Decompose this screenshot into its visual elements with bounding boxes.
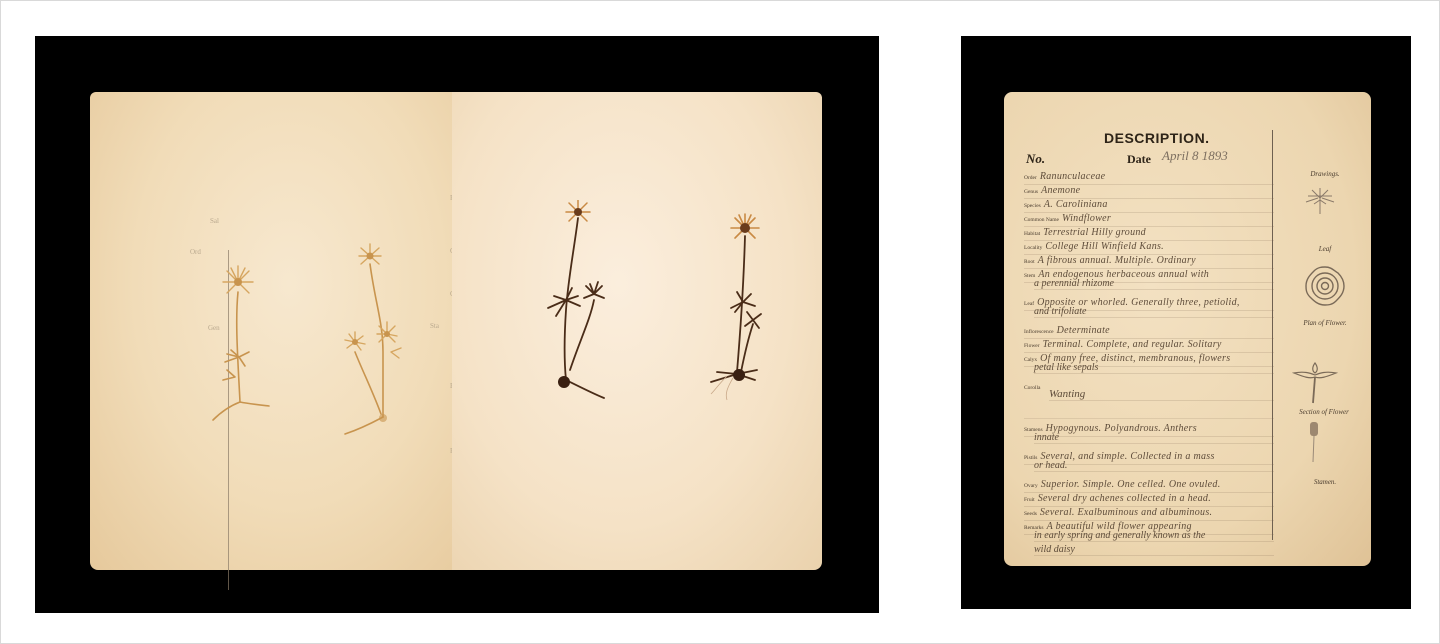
field-stamens-cont: innate <box>1034 432 1274 444</box>
date-label: Date <box>1127 152 1151 167</box>
plan-of-flower-label: Plan of Flower. <box>1282 319 1368 327</box>
flower-plan-icon <box>1292 357 1338 407</box>
faded-flower-specimen-icon <box>335 242 425 442</box>
field-corolla-value: Wanting <box>1049 388 1274 401</box>
sheet-title: DESCRIPTION. <box>1104 130 1210 146</box>
plant-sketch-icon <box>1300 184 1340 216</box>
section-of-flower-label: Section of Flower <box>1276 408 1372 416</box>
number-label: No. <box>1026 151 1045 167</box>
leaf-rosette-icon <box>1304 265 1346 307</box>
margin-note: Sta <box>430 322 439 330</box>
pressed-flower-specimen-icon <box>532 200 642 400</box>
book-right-page <box>452 92 822 570</box>
herbarium-book-photo: Sal Ord Gen Flor Calyx Cor Sta Pist Fru <box>35 36 879 613</box>
stamen-label: Stamen. <box>1290 478 1360 486</box>
margin-note: Sal <box>210 217 219 225</box>
description-sheet: DESCRIPTION. No. Date April 8 1893 Order… <box>1004 92 1371 566</box>
margin-note: Ord <box>190 248 201 256</box>
stamen-icon <box>1304 420 1324 464</box>
pressed-flower-specimen-icon <box>697 212 787 402</box>
book-left-page: Sal Ord Gen Flor Calyx Cor Sta Pist Fru <box>90 92 452 570</box>
field-pistils-cont: or head. <box>1034 460 1274 472</box>
faded-flower-specimen-icon <box>205 262 300 422</box>
date-value: April 8 1893 <box>1162 148 1228 164</box>
field-leaf-cont: and trifoliate <box>1034 306 1274 318</box>
field-remarks-cont2: wild daisy <box>1034 544 1274 556</box>
drawings-label: Drawings. <box>1290 170 1360 178</box>
field-calyx-cont: petal like sepals <box>1034 362 1274 374</box>
field-remarks-cont: in early spring and generally known as t… <box>1034 530 1274 542</box>
leaf-label: Leaf <box>1290 245 1360 253</box>
field-stem-cont: a perennial rhizome <box>1034 278 1274 290</box>
